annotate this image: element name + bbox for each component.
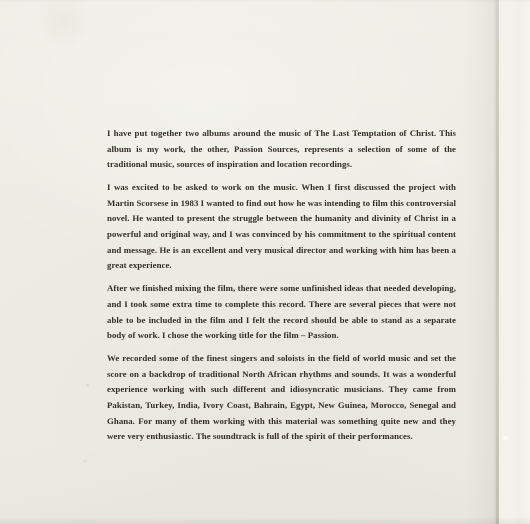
page-gutter-shadow [466, 0, 496, 524]
paragraph-world-musicians: We recorded some of the finest singers a… [107, 351, 456, 445]
bottom-edge-shadow [0, 517, 530, 524]
paper-edge-nick [503, 436, 508, 440]
liner-notes-text: I have put together two albums around th… [107, 126, 456, 452]
paragraph-working-title-passion: After we finished mixing the film, there… [107, 281, 456, 343]
paragraph-scorsese-project: I was excited to be asked to work on the… [107, 180, 456, 274]
adjacent-page-edge [499, 0, 530, 524]
page-fold-crease [496, 0, 499, 524]
paragraph-two-albums: I have put together two albums around th… [107, 126, 456, 173]
top-edge-shadow [0, 0, 530, 3]
booklet-page: I have put together two albums around th… [0, 0, 530, 524]
